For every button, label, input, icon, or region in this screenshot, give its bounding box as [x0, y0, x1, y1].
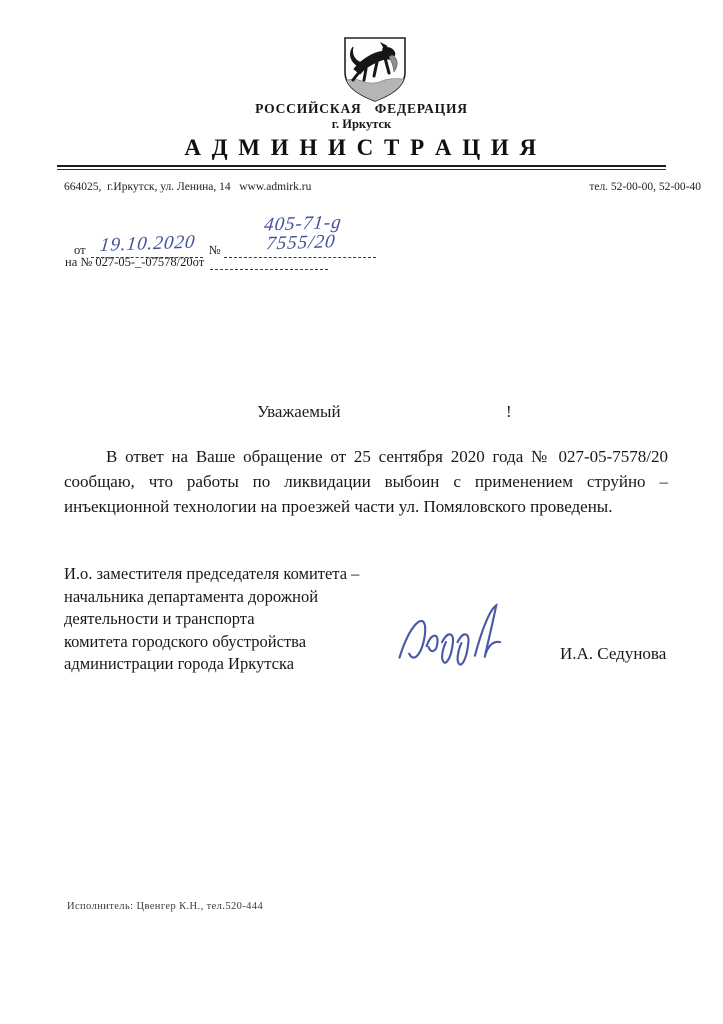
position-line: деятельности и транспорта: [64, 608, 424, 631]
city-title: г. Иркутск: [0, 117, 723, 132]
country-title: РОССИЙСКАЯ ФЕДЕРАЦИЯ: [0, 101, 723, 117]
organization-title: А Д М И Н И С Т Р А Ц И Я: [0, 135, 723, 161]
postal-address: 664025, г.Иркутск, ул. Ленина, 14 www.ad…: [64, 181, 311, 193]
handwritten-number: 405-71-g 7555/20: [224, 212, 380, 255]
executor-line: Исполнитель: Цвенгер К.Н., тел.520-444: [67, 901, 263, 912]
incoming-reference-line: на № 027-05-_-07578/20от: [65, 255, 328, 270]
signer-position-block: И.о. заместителя председателя комитета –…: [64, 563, 424, 676]
phone-numbers: тел. 52-00-00, 52-00-40: [589, 181, 701, 193]
outgoing-reference-line: от 19.10.2020 № 405-71-g 7555/20: [74, 217, 376, 258]
salutation-exclamation: !: [506, 402, 512, 422]
salutation-greeting: Уважаемый: [257, 402, 341, 422]
letter-body-paragraph: В ответ на Ваше обращение от 25 сентября…: [64, 444, 668, 519]
header-divider: [57, 165, 666, 170]
position-line: администрации города Иркутска: [64, 653, 424, 676]
irkutsk-coat-of-arms-icon: [336, 35, 414, 105]
handwritten-signature: [386, 586, 531, 678]
reply-date-blank: [210, 255, 328, 270]
outgoing-number-field: 405-71-g 7555/20: [224, 217, 376, 258]
handwritten-date: 19.10.2020: [99, 233, 196, 255]
reply-to-number: на № 027-05-_-07578/20от: [65, 255, 204, 270]
signer-name: И.А. Седунова: [560, 644, 666, 664]
contact-row: 664025, г.Иркутск, ул. Ленина, 14 www.ad…: [64, 181, 701, 193]
position-line: И.о. заместителя председателя комитета –: [64, 563, 424, 586]
letter-page: РОССИЙСКАЯ ФЕДЕРАЦИЯ г. Иркутск А Д М И …: [0, 0, 723, 1024]
position-line: комитета городского обустройства: [64, 631, 424, 654]
position-line: начальника департамента дорожной: [64, 586, 424, 609]
